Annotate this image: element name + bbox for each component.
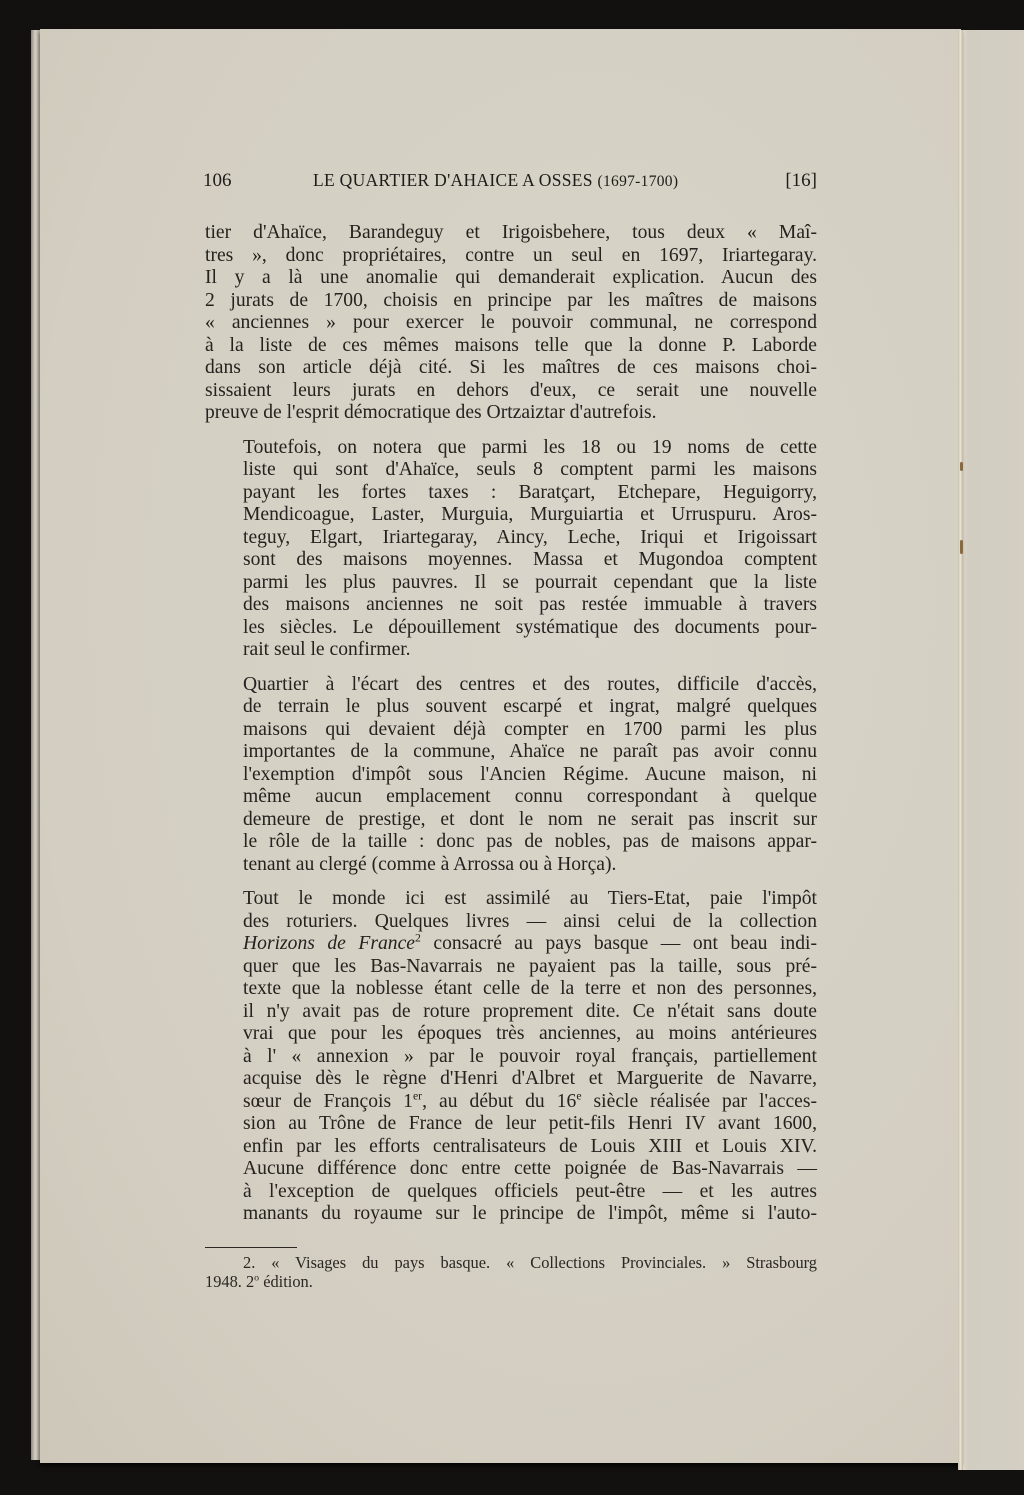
text-line: des roturiers. Quelques livres — ainsi c…	[205, 911, 817, 934]
text-line: Il y a là une anomalie qui demanderait e…	[205, 267, 817, 290]
text-line: maisons qui devaient déjà compter en 170…	[205, 719, 817, 742]
text-line: le rôle de la taille : donc pas de noble…	[205, 831, 817, 854]
text-line: vrai que pour les époques très anciennes…	[205, 1023, 817, 1046]
footnote-line: 1948. 2o édition.	[205, 1272, 817, 1291]
section-number: [16]	[785, 170, 817, 192]
text-line: sœur de François 1er, au début du 16e si…	[205, 1091, 817, 1114]
text-line: Toutefois, on notera que parmi les 18 ou…	[205, 437, 817, 460]
paragraph: Tout le monde ici est assimilé au Tiers-…	[205, 888, 817, 1226]
text-line: Quartier à l'écart des centres et des ro…	[205, 674, 817, 697]
text-line: même aucun emplacement connu corresponda…	[205, 786, 817, 809]
text-line: demeure de prestige, et dont le nom ne s…	[205, 809, 817, 832]
text-line: tier d'Ahaïce, Barandeguy et Irigoisbehe…	[205, 222, 817, 245]
text-line: parmi les plus pauvres. Il se pourrait c…	[205, 572, 817, 595]
text-line: enfin par les efforts centralisateurs de…	[205, 1136, 817, 1159]
text-line: sont des maisons moyennes. Massa et Mugo…	[205, 549, 817, 572]
footnote-rule	[205, 1247, 297, 1248]
text-line: quer que les Bas-Navarrais ne payaient p…	[205, 956, 817, 979]
text-line: dans son article déjà cité. Si les maîtr…	[205, 357, 817, 380]
running-header: 106 LE QUARTIER D'AHAICE A OSSES (1697-1…	[203, 170, 817, 196]
paragraph: Quartier à l'écart des centres et des ro…	[205, 674, 817, 877]
text-line: de terrain le plus souvent escarpé et in…	[205, 696, 817, 719]
text-line: à l' « annexion » par le pouvoir royal f…	[205, 1046, 817, 1069]
facing-page-edge	[962, 30, 1024, 1470]
book-gutter	[958, 30, 963, 1470]
italic-title: Horizons de France	[243, 933, 415, 954]
text-line: 2 jurats de 1700, choisis en principe pa…	[205, 290, 817, 313]
body-text: tier d'Ahaïce, Barandeguy et Irigoisbehe…	[205, 222, 817, 1238]
text-line: preuve de l'esprit démocratique des Ortz…	[205, 402, 817, 425]
text-line: Horizons de France2 consacré au pays bas…	[205, 933, 817, 956]
paragraph: tier d'Ahaïce, Barandeguy et Irigoisbehe…	[205, 222, 817, 425]
running-title: LE QUARTIER D'AHAICE A OSSES (1697-1700)	[313, 170, 678, 191]
footnote: 2. « Visages du pays basque. « Collectio…	[205, 1253, 817, 1291]
text-line: sissaient leurs jurats en dehors d'eux, …	[205, 380, 817, 403]
text-line: manants du royaume sur le principe de l'…	[205, 1203, 817, 1226]
text-line: à la liste de ces mêmes maisons telle qu…	[205, 335, 817, 358]
text-line: « anciennes » pour exercer le pouvoir co…	[205, 312, 817, 335]
paper-stain	[960, 462, 963, 471]
text-line: payant les fortes taxes : Baratçart, Etc…	[205, 482, 817, 505]
text-line: acquise dès le règne d'Henri d'Albret et…	[205, 1068, 817, 1091]
text-line: les siècles. Le dépouillement systématiq…	[205, 617, 817, 640]
text-line: texte que la noblesse étant celle de la …	[205, 978, 817, 1001]
text-line: rait seul le confirmer.	[205, 639, 817, 662]
footnote-line: 2. « Visages du pays basque. « Collectio…	[205, 1253, 817, 1272]
paper-stain	[960, 540, 963, 554]
text-line: Tout le monde ici est assimilé au Tiers-…	[205, 888, 817, 911]
text-line: tres », donc propriétaires, contre un se…	[205, 245, 817, 268]
text-line: des maisons anciennes ne soit pas restée…	[205, 594, 817, 617]
text-line: Mendicoague, Laster, Murguia, Murguiarti…	[205, 504, 817, 527]
text-line: il n'y avait pas de roture proprement di…	[205, 1001, 817, 1024]
text-line: Aucune différence donc entre cette poign…	[205, 1158, 817, 1181]
page-number: 106	[203, 170, 232, 192]
text-line: tenant au clergé (comme à Arrossa ou à H…	[205, 854, 817, 877]
text-line: l'exemption d'impôt sous l'Ancien Régime…	[205, 764, 817, 787]
text-line: liste qui sont d'Ahaïce, seuls 8 compten…	[205, 459, 817, 482]
text-line: importantes de la commune, Ahaïce ne par…	[205, 741, 817, 764]
paragraph: Toutefois, on notera que parmi les 18 ou…	[205, 437, 817, 662]
text-line: teguy, Elgart, Iriartegaray, Aincy, Lech…	[205, 527, 817, 550]
running-title-dates: (1697-1700)	[598, 173, 679, 190]
text-line: à l'exception de quelques officiels peut…	[205, 1181, 817, 1204]
text-line: sion au Trône de France de leur petit-fi…	[205, 1113, 817, 1136]
